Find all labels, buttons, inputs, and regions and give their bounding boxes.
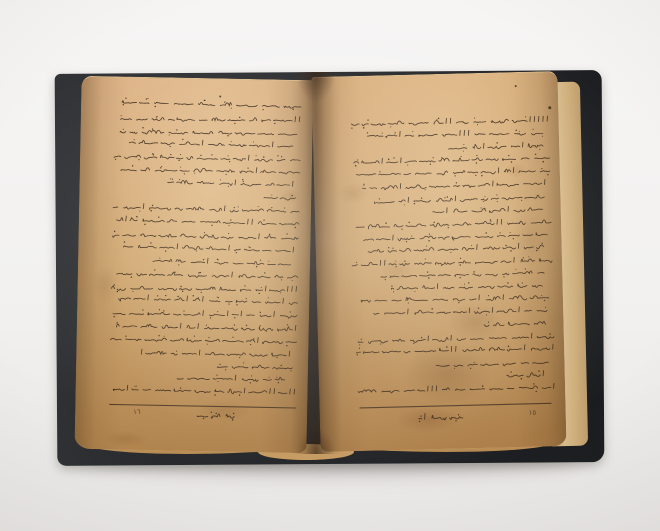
footer-catchword: [419, 413, 463, 421]
ink-fleck: [548, 106, 551, 109]
handwritten-text-lines: [110, 100, 302, 395]
footer-rule: [360, 403, 552, 408]
open-book: ١٦ ١٥: [0, 0, 660, 531]
handwritten-text-lines: [349, 116, 556, 394]
footer-catchword: [197, 414, 234, 419]
left-page-number: ١٦: [133, 408, 141, 416]
text-diacritic-dots: [351, 115, 554, 397]
right-page-handwritten-text: [311, 72, 566, 452]
photo-background: ١٦ ١٥: [0, 0, 660, 531]
left-page-handwritten-text: [74, 77, 313, 453]
right-page: ١٥: [311, 71, 566, 452]
right-page-number: ١٥: [529, 409, 537, 417]
left-page: ١٦: [74, 76, 313, 453]
